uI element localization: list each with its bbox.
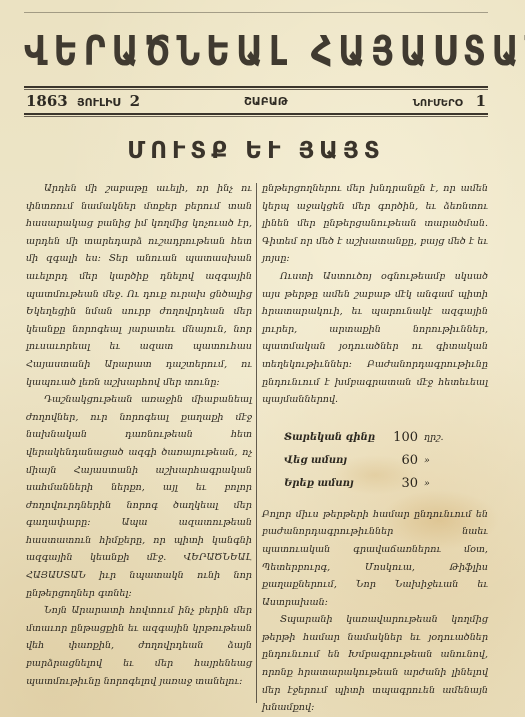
article-paragraph: Նոյն Արարատի հովտում ինչ բերին մեր մտաւո… — [26, 602, 252, 690]
dateline: 1863 ՅՈՒԼԻՍ 2 ՇԱԲԱԹ ՆՈՒՄԵՐՕ 1 — [24, 92, 488, 112]
price-amount: 60 — [384, 452, 418, 470]
price-amount: 30 — [384, 475, 418, 493]
price-unit: » — [424, 475, 430, 493]
article-column-left: Արդեն մի շաբաթը աւելի, որ ինչ ու փնտռում… — [26, 180, 252, 690]
issue-weekday: ՇԱԲԱԹ — [244, 95, 288, 108]
issue-number-value: 1 — [476, 92, 486, 110]
masthead-double-rule — [24, 86, 488, 90]
dateline-rule — [24, 113, 488, 117]
price-amount: 100 — [384, 429, 418, 447]
article-column-right: ընթերցողներու մեր խնդրանքն է, որ ամեն կե… — [262, 180, 488, 717]
article-paragraph: Տպարանի կառավարութեան կողմից թերթի համար… — [262, 611, 488, 717]
issue-day: 2 — [130, 92, 140, 110]
newspaper-page: ՎԵՐԱԾՆԵԱԼ ՀԱՅԱՍՏԱՆ 1863 ՅՈՒԼԻՍ 2 ՇԱԲԱԹ Ն… — [0, 0, 525, 717]
issue-month: ՅՈՒԼԻՍ — [77, 96, 120, 109]
issue-number-label: ՆՈՒՄԵՐՕ — [413, 98, 463, 109]
subscription-price-table: Տարեկան գինը 100 ղրշ. Վեց ամսոյ 60 » Երե… — [284, 427, 488, 496]
article-paragraph: Բոլոր միւս թերթերի համար ընդունւում են բ… — [262, 506, 488, 612]
price-label: Երեք ամսոյ — [284, 475, 384, 493]
price-row: Երեք ամսոյ 30 » — [284, 473, 488, 496]
price-label: Վեց ամսոյ — [284, 452, 384, 470]
issue-date: 1863 ՅՈՒԼԻՍ 2 — [26, 92, 140, 110]
masthead-title: ՎԵՐԱԾՆԵԱԼ ՀԱՅԱՍՏԱՆ — [24, 26, 488, 75]
price-label: Տարեկան գինը — [284, 429, 384, 447]
price-row: Վեց ամսոյ 60 » — [284, 450, 488, 473]
section-title: ՄՈՒՏՔ ԵՒ ՅԱՅՏ — [24, 138, 488, 164]
article-paragraph: Դաշնակցութեան առաջին միաբանեալ ժողովներ,… — [26, 391, 252, 602]
price-unit: » — [424, 452, 430, 470]
issue-year: 1863 — [26, 92, 68, 110]
price-unit: ղրշ. — [424, 429, 444, 447]
article-paragraph: Ուստի Աստուծոյ օգնութեամբ սկսած այս թերթ… — [262, 268, 488, 409]
column-divider — [256, 183, 257, 703]
issue-number: ՆՈՒՄԵՐՕ 1 — [413, 92, 486, 110]
top-rule — [24, 12, 488, 13]
price-row: Տարեկան գինը 100 ղրշ. — [284, 427, 488, 450]
article-paragraph: ընթերցողներու մեր խնդրանքն է, որ ամեն կե… — [262, 180, 488, 268]
article-paragraph: Արդեն մի շաբաթը աւելի, որ ինչ ու փնտռում… — [26, 180, 252, 391]
